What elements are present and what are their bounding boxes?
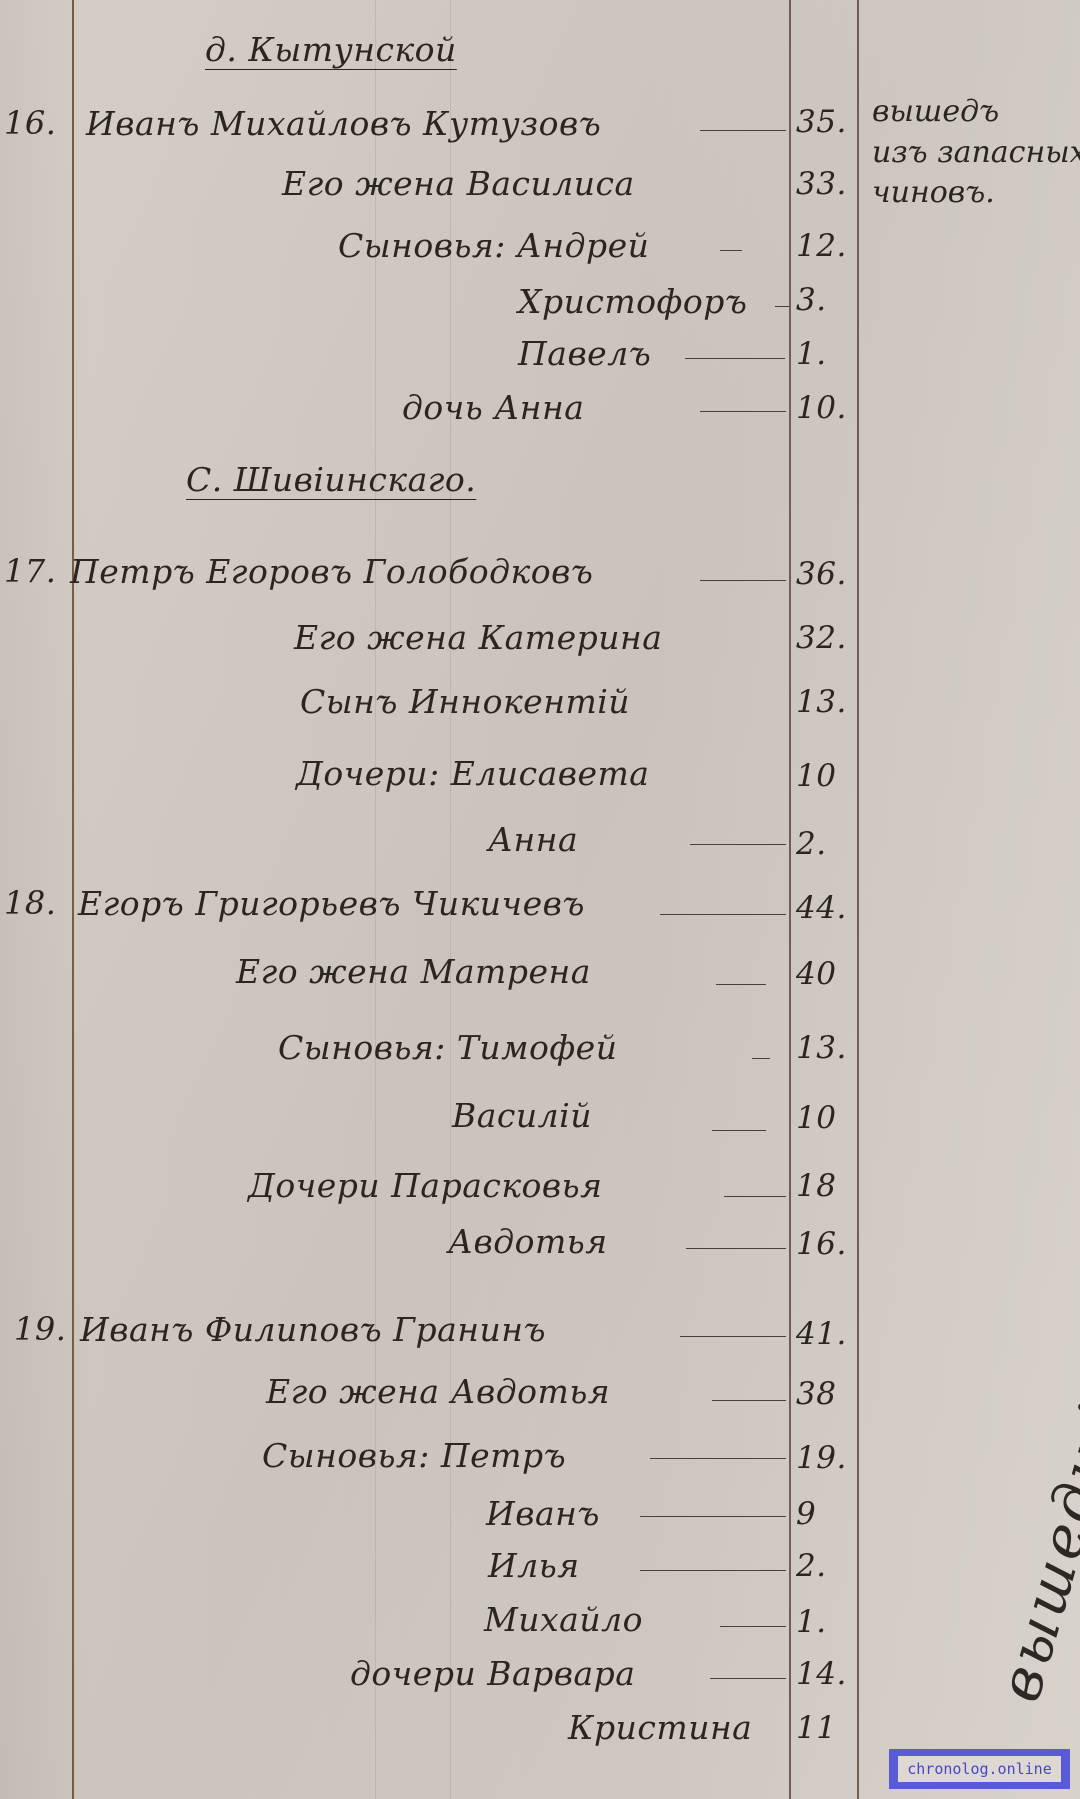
watermark-badge: chronolog.online [889,1749,1070,1789]
member-name: Павелъ [518,334,651,373]
fill-dash [720,250,742,251]
section-heading: д. Кытунской [205,30,457,69]
member-age: 14. [796,1656,847,1692]
fill-dash [640,1516,786,1517]
document-page: д. Кытунской 16. Иванъ Михайловъ Кутузов… [0,0,1080,1799]
watermark-text: chronolog.online [898,1756,1061,1782]
household-number: 17. [4,552,56,590]
fill-dash [686,1248,786,1249]
fill-dash [660,914,786,915]
member-age: 44. [796,890,847,926]
fill-dash [720,1626,786,1627]
member-name: Его жена Василиса [282,164,635,203]
member-name: Михайло [484,1600,643,1639]
member-age: 1. [796,1604,827,1640]
fill-dash [724,1196,786,1197]
member-name: Иванъ Филиповъ Гранинъ [80,1310,546,1349]
section-heading: С. Шивіинскаго. [186,460,476,499]
vertical-margin-note: вышедшій изъ бухарской [985,860,1080,1709]
member-age: 12. [796,228,847,264]
age-column-left-rule [789,0,791,1799]
member-name: Сыновья: Андрей [338,226,649,265]
member-name: дочери Варвара [350,1654,635,1693]
member-age: 18 [796,1168,836,1204]
member-name: Его жена Матрена [236,952,591,991]
age-column-right-rule [857,0,859,1799]
fill-dash [680,1336,786,1337]
member-age: 9 [796,1496,816,1532]
member-age: 1. [796,336,827,372]
fill-dash [710,1678,786,1679]
member-age: 36. [796,556,847,592]
margin-note: вышедъ изъ запасныхъ чиновъ. [872,92,1080,214]
fill-dash [640,1570,786,1571]
left-margin-rule [72,0,74,1799]
member-age: 19. [796,1440,847,1476]
member-name: Петръ Егоровъ Голободковъ [70,552,593,591]
member-age: 40 [796,956,836,992]
member-age: 41. [796,1316,847,1352]
member-name: Василій [452,1096,592,1135]
member-name: Дочери: Елисавета [296,754,649,793]
member-age: 35. [796,104,847,140]
member-age: 2. [796,1548,827,1584]
member-age: 2. [796,826,827,862]
member-name: Авдотья [448,1222,608,1261]
fill-dash [775,306,789,307]
member-name: Его жена Катерина [294,618,662,657]
member-age: 3. [796,282,827,318]
fill-dash [650,1458,786,1459]
member-age: 13. [796,684,847,720]
member-name: Кристина [568,1708,752,1747]
member-age: 38 [796,1376,836,1412]
household-number: 18. [4,884,56,922]
member-name: Анна [488,820,578,859]
member-age: 10. [796,390,847,426]
member-name: Иванъ Михайловъ Кутузовъ [86,104,601,143]
fill-dash [700,580,786,581]
member-name: Сынъ Иннокентій [300,682,630,721]
member-age: 32. [796,620,847,656]
member-age: 16. [796,1226,847,1262]
fill-dash [700,130,786,131]
member-age: 33. [796,166,847,202]
member-name: Егоръ Григорьевъ Чикичевъ [78,884,585,923]
fill-dash [716,984,766,985]
member-name: Иванъ [486,1494,600,1533]
fill-dash [700,411,786,412]
fill-dash [685,358,785,359]
member-name: Сыновья: Петръ [262,1436,566,1475]
member-name: Дочери Парасковья [248,1166,602,1205]
member-age: 13. [796,1030,847,1066]
member-age: 10 [796,758,836,794]
member-name: Сыновья: Тимофей [278,1028,617,1067]
member-name: Его жена Авдотья [266,1372,610,1411]
member-name: дочь Анна [402,388,584,427]
household-number: 16. [4,104,56,142]
fill-dash [690,844,786,845]
member-age: 11 [796,1710,836,1746]
member-name: Илья [488,1546,580,1585]
fill-dash [712,1400,786,1401]
fill-dash [712,1130,766,1131]
member-age: 10 [796,1100,836,1136]
member-name: Христофоръ [518,282,747,321]
fill-dash [752,1058,770,1059]
household-number: 19. [14,1310,66,1348]
